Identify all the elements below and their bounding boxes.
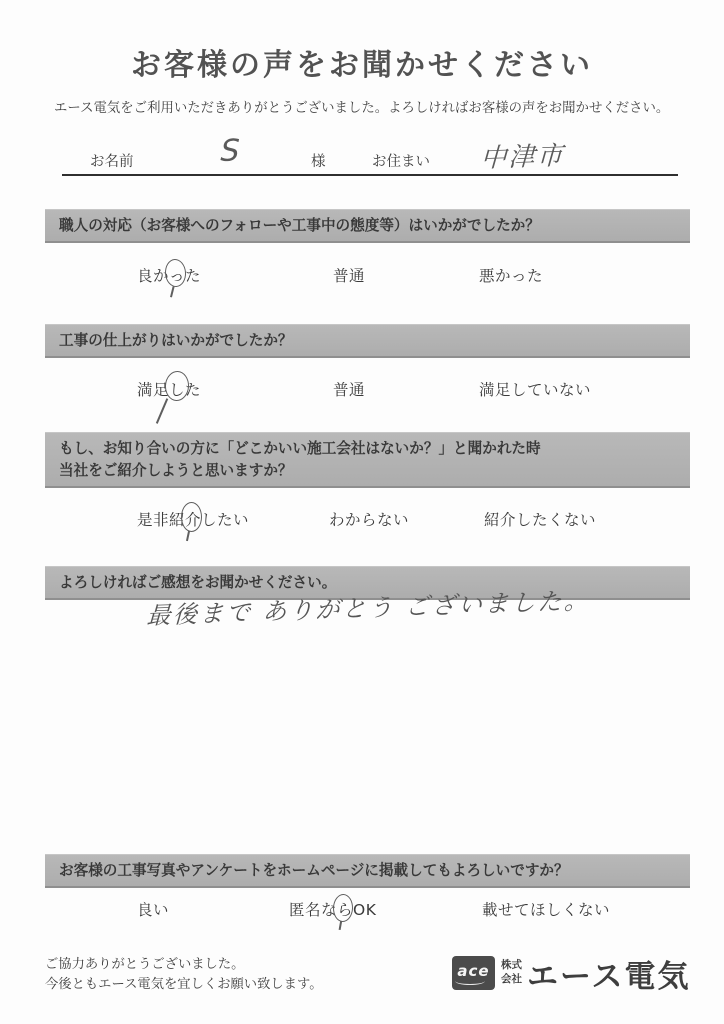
- company-logo-box: ace: [452, 956, 495, 990]
- company-logo-icon: ace: [457, 962, 489, 980]
- q3-option-recommend: 是非紹介したい: [137, 508, 249, 530]
- selection-circle-q3: [181, 502, 202, 532]
- company-prefix: 株式 会社: [501, 959, 522, 986]
- q3-option-unsure: わからない: [329, 508, 409, 530]
- form-subtitle: エース電気をご利用いただきありがとうございました。よろしければお客様の声をお聞か…: [54, 97, 694, 116]
- address-label: お住まい: [372, 150, 430, 171]
- q1-option-bad: 悪かった: [479, 264, 543, 286]
- name-label: お名前: [90, 150, 134, 171]
- scanned-survey-page: お客様の声をお聞かせください エース電気をご利用いただきありがとうございました。…: [0, 0, 724, 1024]
- q2-option-normal: 普通: [333, 378, 365, 400]
- q2-option-satisfied: 満足した: [137, 378, 201, 400]
- q3-heading-line2: 当社をご紹介しようと思いますか？: [59, 460, 680, 482]
- q5-option-anonymous-ok: 匿名ならOK: [289, 898, 376, 920]
- name-row-underline: [62, 174, 678, 176]
- q5-section-header: お客様の工事写真やアンケートをホームページに掲載してもよろしいですか？: [45, 854, 690, 888]
- footer-thanks-line1: ご協力ありがとうございました。: [45, 953, 244, 972]
- q3-section-header: もし、お知り合いの方に「どこかいい施工会社はないか？」と聞かれた時 当社をご紹介…: [45, 432, 690, 488]
- q5-option-ok: 良い: [137, 898, 169, 920]
- honorific-label: 様: [311, 150, 326, 171]
- address-value-handwritten: 中津市: [480, 135, 565, 175]
- name-value-handwritten: S: [220, 133, 240, 169]
- company-prefix-line1: 株式: [501, 959, 522, 973]
- q2-section-header: 工事の仕上がりはいかがでしたか？: [45, 324, 690, 358]
- form-title: お客様の声をお聞かせください: [0, 40, 724, 84]
- company-prefix-line2: 会社: [501, 973, 522, 987]
- company-name: エース電気: [527, 951, 690, 996]
- q3-option-no: 紹介したくない: [484, 508, 596, 530]
- q1-section-header: 職人の対応（お客様へのフォローや工事中の態度等）はいかがでしたか？: [45, 209, 690, 243]
- q5-option-no: 載せてほしくない: [482, 898, 610, 920]
- q3-heading-line1: もし、お知り合いの方に「どこかいい施工会社はないか？」と聞かれた時: [59, 438, 680, 460]
- footer-thanks-line2: 今後ともエース電気を宜しくお願い致します。: [45, 973, 323, 992]
- q1-option-normal: 普通: [333, 264, 365, 286]
- q2-option-unsatisfied: 満足していない: [479, 378, 591, 400]
- q1-option-good: 良かった: [137, 264, 201, 286]
